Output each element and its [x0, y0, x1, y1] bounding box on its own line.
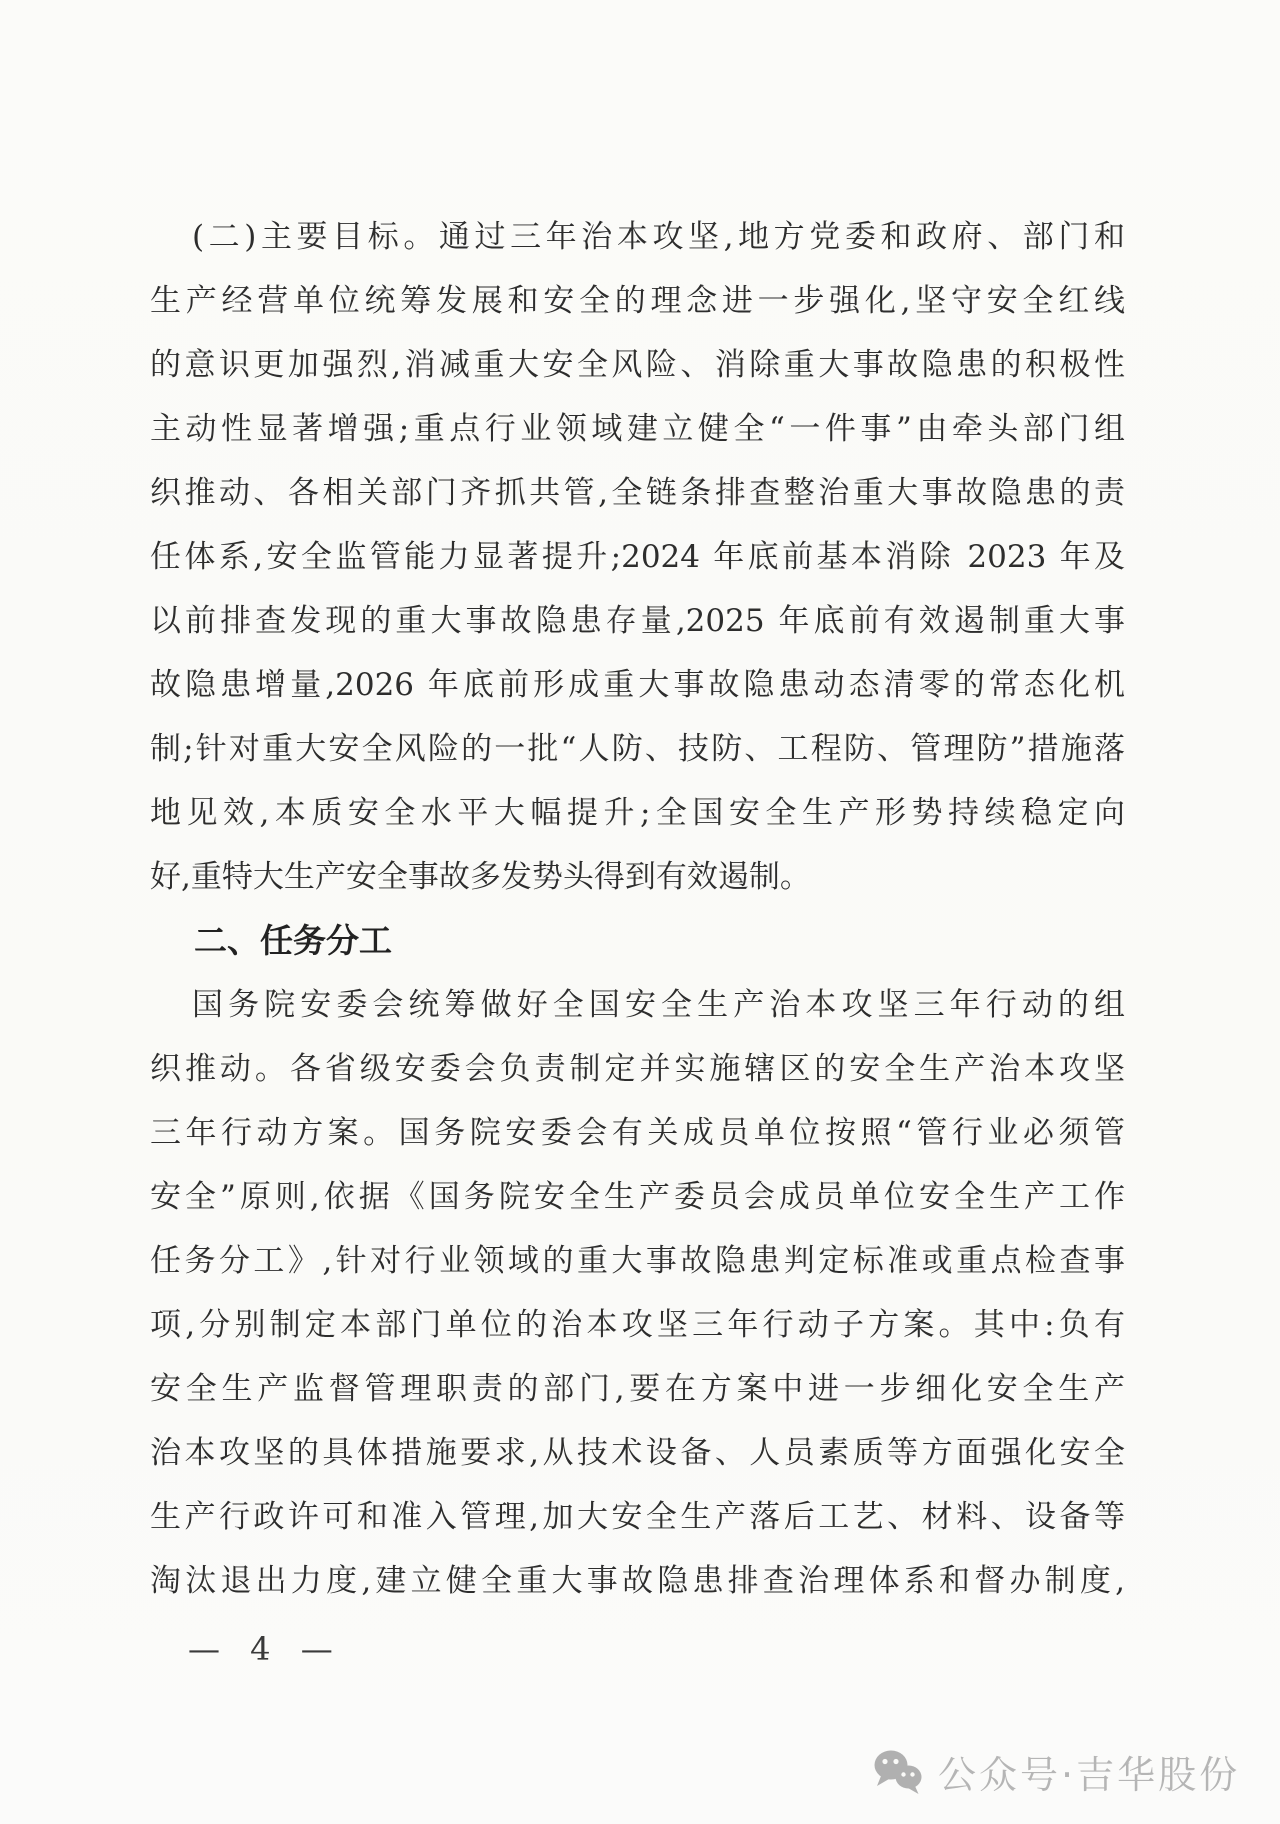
- document-page: (二)主要目标。通过三年治本攻坚,地方党委和政府、部门和 生产经营单位统筹发展和…: [0, 0, 1280, 1824]
- watermark-label: 公众号·吉华股份: [938, 1744, 1240, 1799]
- wechat-watermark: 公众号·吉华股份: [872, 1744, 1240, 1799]
- text-line: 织推动、各相关部门齐抓共管,全链条排查整治重大事故隐患的责: [150, 461, 1125, 525]
- text-line: 任体系,安全监管能力显著提升;2024 年底前基本消除 2023 年及: [150, 525, 1125, 589]
- text-line: 主动性显著增强;重点行业领域建立健全“一件事”由牵头部门组: [150, 397, 1125, 461]
- document-text-block: (二)主要目标。通过三年治本攻坚,地方党委和政府、部门和 生产经营单位统筹发展和…: [150, 205, 1125, 1613]
- text-line: 安全生产监督管理职责的部门,要在方案中进一步细化安全生产: [150, 1357, 1125, 1421]
- text-line: 的意识更加强烈,消减重大安全风险、消除重大事故隐患的积极性: [150, 333, 1125, 397]
- section-heading: 二、任务分工: [150, 909, 1125, 973]
- text-line: 制;针对重大安全风险的一批“人防、技防、工程防、管理防”措施落: [150, 717, 1125, 781]
- wechat-icon: [872, 1748, 924, 1796]
- text-line: 国务院安委会统筹做好全国安全生产治本攻坚三年行动的组: [150, 973, 1125, 1037]
- text-line: 任务分工》,针对行业领域的重大事故隐患判定标准或重点检查事: [150, 1229, 1125, 1293]
- text-line: 淘汰退出力度,建立健全重大事故隐患排查治理体系和督办制度,: [150, 1549, 1125, 1613]
- text-line: 三年行动方案。国务院安委会有关成员单位按照“管行业必须管: [150, 1101, 1125, 1165]
- text-line: 以前排查发现的重大事故隐患存量,2025 年底前有效遏制重大事: [150, 589, 1125, 653]
- text-line: 安全”原则,依据《国务院安全生产委员会成员单位安全生产工作: [150, 1165, 1125, 1229]
- text-line: 故隐患增量,2026 年底前形成重大事故隐患动态清零的常态化机: [150, 653, 1125, 717]
- text-line: 好,重特大生产安全事故多发势头得到有效遏制。: [150, 845, 1125, 909]
- page-number: — 4 —: [188, 1630, 335, 1668]
- text-line: 地见效,本质安全水平大幅提升;全国安全生产形势持续稳定向: [150, 781, 1125, 845]
- text-line: 织推动。各省级安委会负责制定并实施辖区的安全生产治本攻坚: [150, 1037, 1125, 1101]
- text-line: 生产经营单位统筹发展和安全的理念进一步强化,坚守安全红线: [150, 269, 1125, 333]
- text-line: 项,分别制定本部门单位的治本攻坚三年行动子方案。其中:负有: [150, 1293, 1125, 1357]
- text-line: (二)主要目标。通过三年治本攻坚,地方党委和政府、部门和: [150, 205, 1125, 269]
- text-line: 治本攻坚的具体措施要求,从技术设备、人员素质等方面强化安全: [150, 1421, 1125, 1485]
- text-line: 生产行政许可和准入管理,加大安全生产落后工艺、材料、设备等: [150, 1485, 1125, 1549]
